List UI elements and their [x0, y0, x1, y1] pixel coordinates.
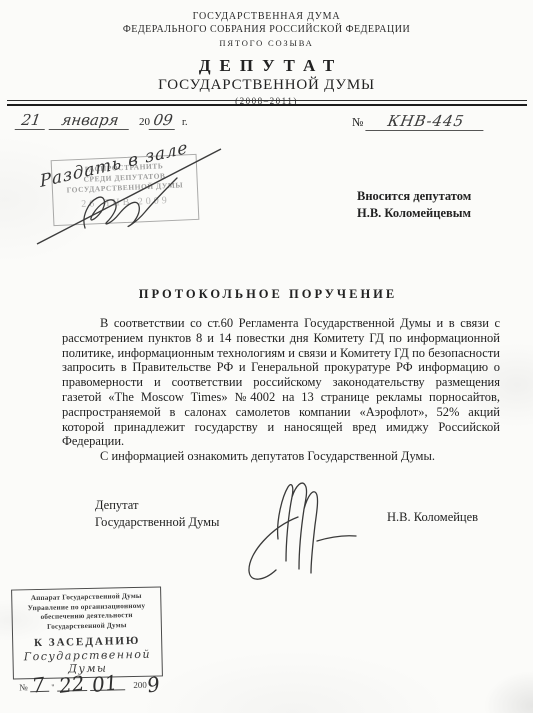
session-year-prefix: 200: [133, 680, 147, 690]
handwritten-session-year-digit: 9: [146, 674, 162, 696]
session-year: 2009: [133, 680, 147, 690]
handwritten-day: 21: [15, 111, 48, 130]
letterhead-divider: [7, 100, 527, 106]
session-stamp-number-row: № 7 " 22 01 2009 .: [14, 674, 162, 692]
signer-role-line1: Депутат: [95, 497, 219, 514]
number-sign-label: №: [352, 115, 363, 129]
letterhead: ГОСУДАРСТВЕННАЯ ДУМА ФЕДЕРАЛЬНОГО СОБРАН…: [0, 11, 533, 106]
handwritten-year: 09: [149, 111, 178, 130]
date-line: 21 января 2009 г.: [16, 111, 187, 130]
deputy-signature: [222, 477, 372, 589]
handwritten-session-number: 7: [30, 674, 45, 695]
document-number-line: № КНВ-445: [352, 112, 485, 131]
session-registration-stamp: Аппарат Государственной Думы Управление …: [11, 586, 163, 679]
body-paragraph-2: С информацией ознакомить депутатов Госуд…: [62, 449, 500, 464]
session-number-slot: 7: [30, 678, 50, 692]
letterhead-org-line3: ПЯТОГО СОЗЫВА: [0, 38, 533, 48]
handwritten-session-month: 01: [91, 672, 119, 695]
handwritten-month: января: [49, 111, 132, 130]
letterhead-org-line1: ГОСУДАРСТВЕННАЯ ДУМА: [0, 11, 533, 22]
letterhead-org-line2: ФЕДЕРАЛЬНОГО СОБРАНИЯ РОССИЙСКОЙ ФЕДЕРАЦ…: [0, 24, 533, 35]
body-paragraph-1: В соответствии со ст.60 Регламента Госуд…: [62, 316, 500, 449]
submitted-by-line1: Вносится депутатом: [357, 188, 471, 205]
signer-role-block: Депутат Государственной Думы: [95, 497, 219, 531]
deputy-signature-strokes: [249, 483, 356, 579]
handwritten-session-day: 22: [58, 673, 86, 696]
submitted-by-block: Вносится депутатом Н.В. Коломейцевым: [357, 188, 471, 222]
session-number-sign: №: [19, 682, 28, 692]
signer-role-line2: Государственной Думы: [95, 514, 219, 531]
session-stamp-line4: Государственной Думы: [13, 620, 161, 633]
session-day-slot: 22: [57, 677, 87, 692]
year-unit-label: г.: [182, 117, 187, 128]
handwritten-document-number: КНВ-445: [366, 112, 487, 131]
document-body: В соответствии со ст.60 Регламента Госуд…: [62, 316, 500, 464]
submitted-by-line2: Н.В. Коломейцевым: [357, 205, 471, 222]
letterhead-role-title: ДЕПУТАТ: [0, 56, 533, 76]
document-title: ПРОТОКОЛЬНОЕ ПОРУЧЕНИЕ: [0, 287, 533, 302]
clerk-signature: [84, 178, 177, 228]
scanned-document-page: ГОСУДАРСТВЕННАЯ ДУМА ФЕДЕРАЛЬНОГО СОБРАН…: [0, 0, 533, 713]
quote-mark: ": [51, 683, 54, 692]
session-month-slot: 01: [90, 676, 126, 691]
letterhead-role-subtitle: ГОСУДАРСТВЕННОЙ ДУМЫ: [0, 77, 533, 94]
signer-name: Н.В. Коломейцев: [387, 510, 478, 525]
